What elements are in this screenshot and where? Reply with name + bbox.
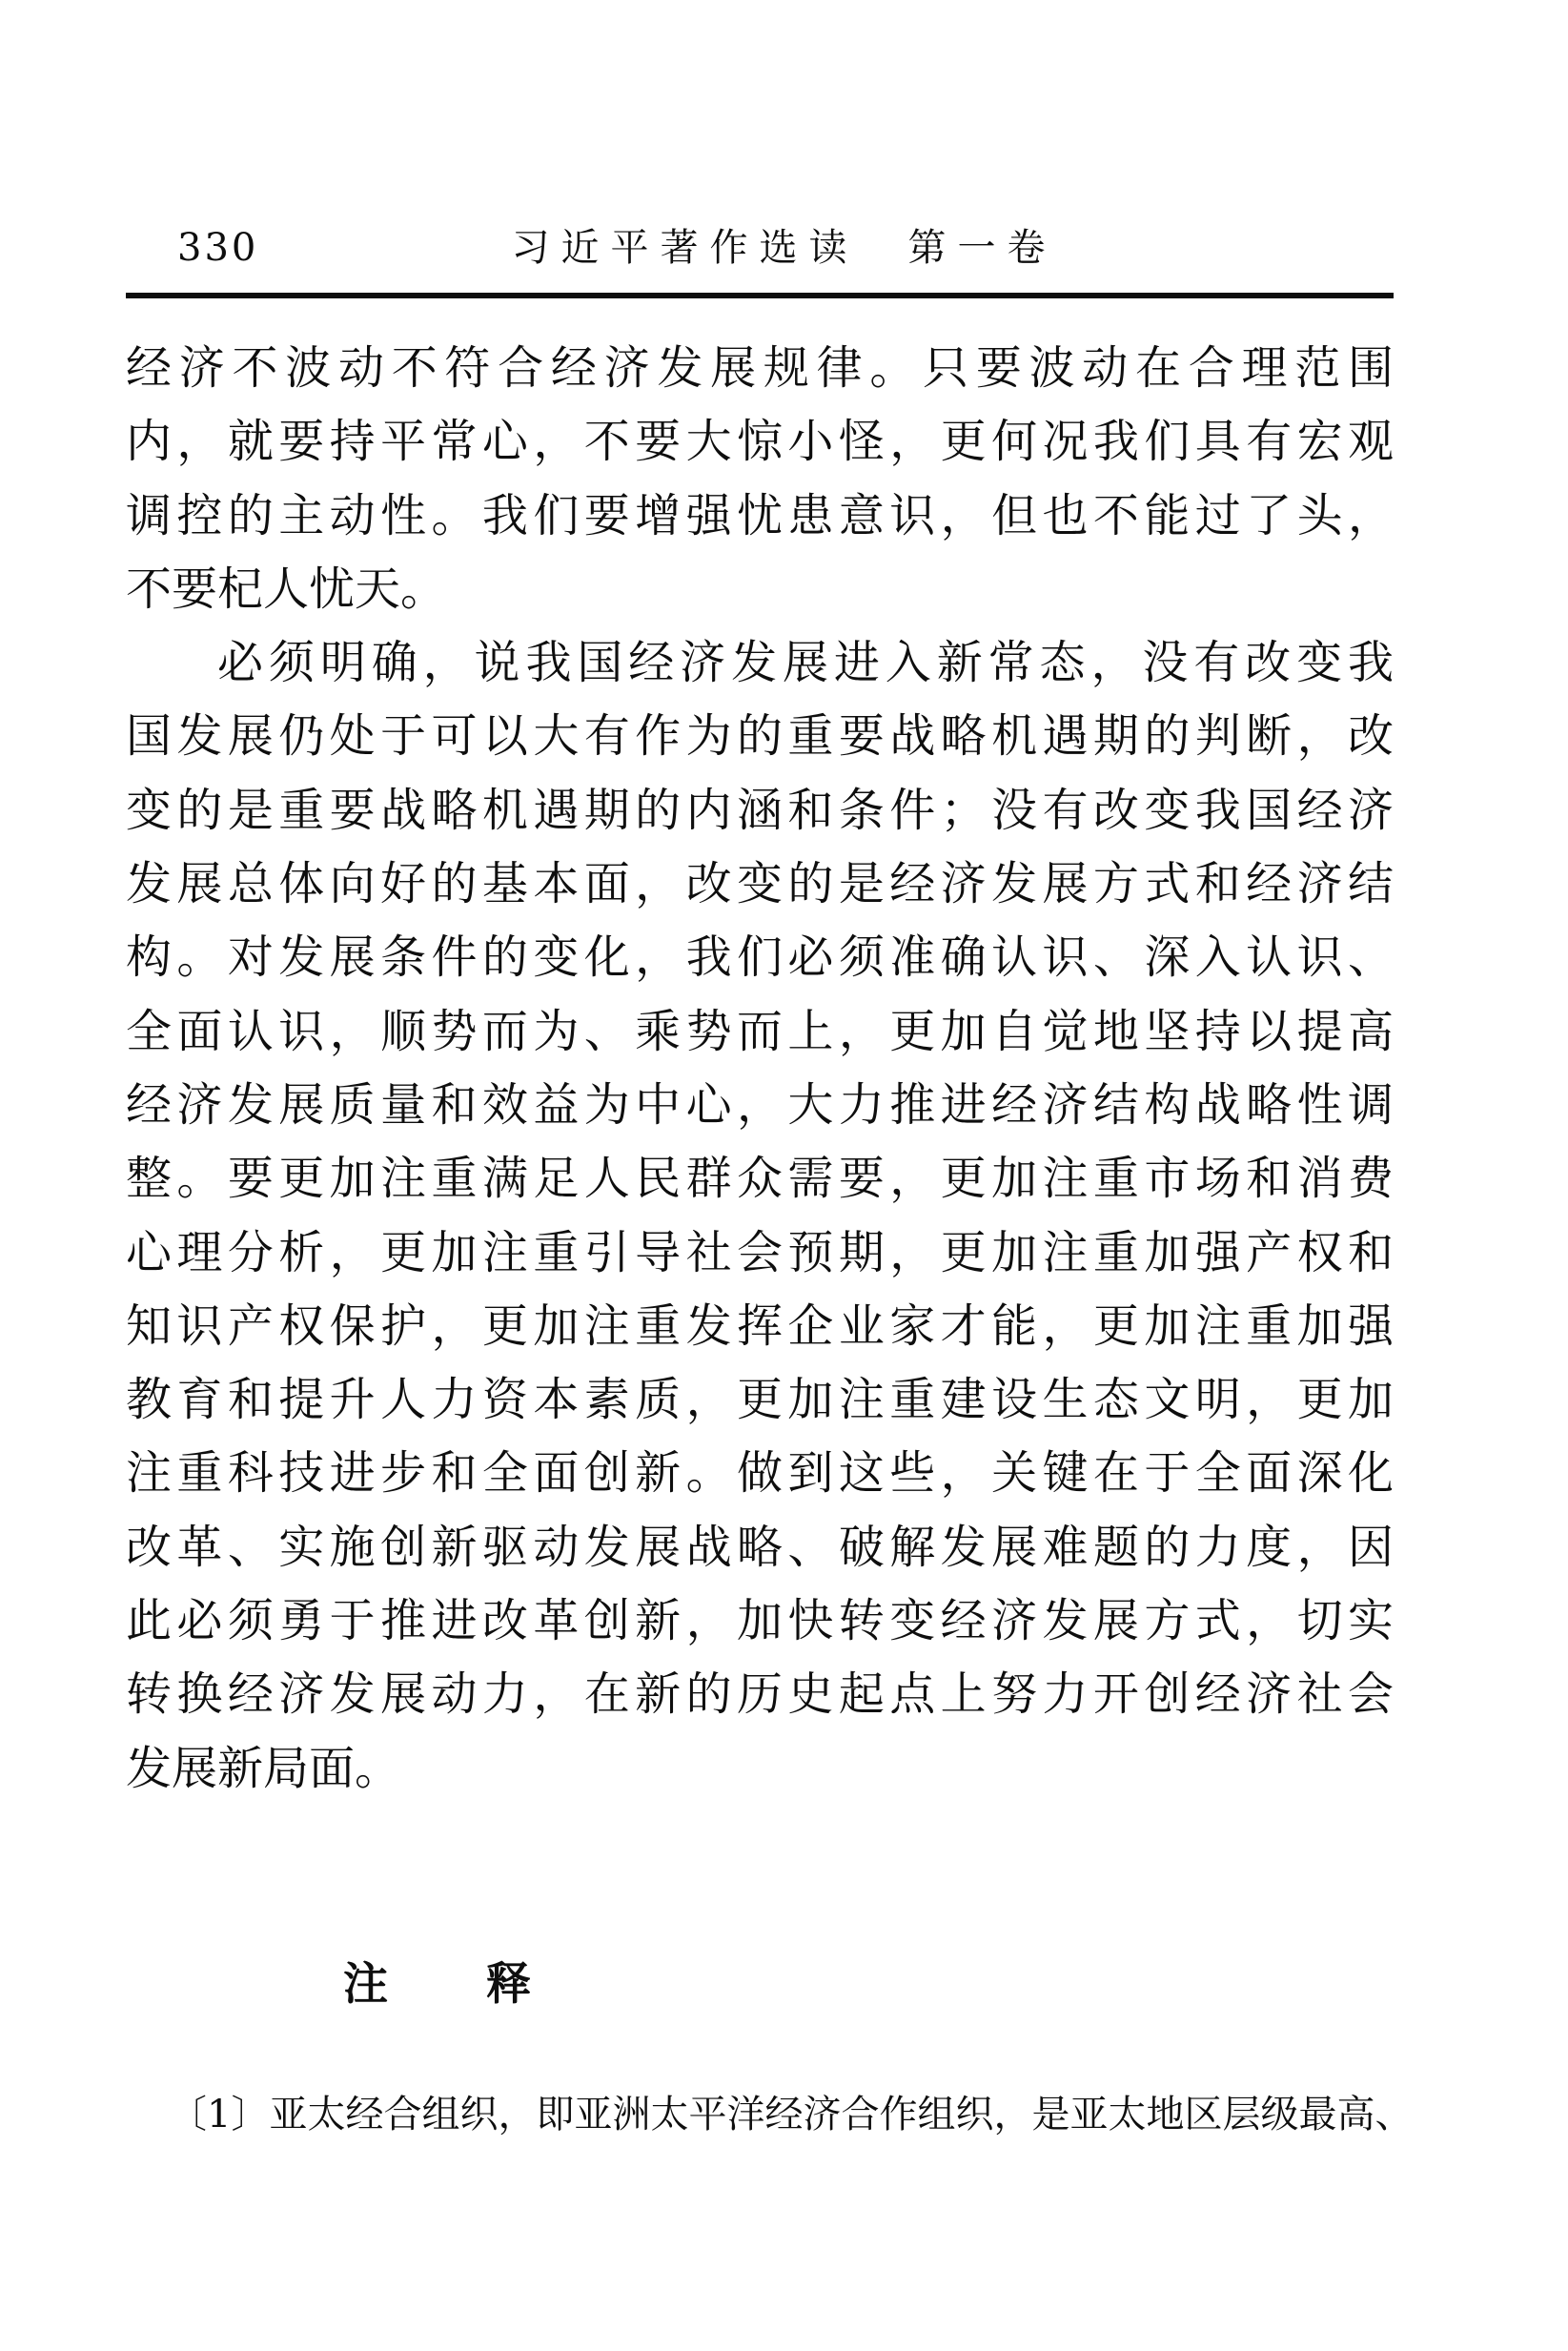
body-line: 必须明确，说我国经济发展进入新常态，没有改变我 bbox=[126, 626, 1394, 700]
footnote-line: 〔1〕亚太经合组织，即亚洲太平洋经济合作组织，是亚太地区层级最高、 bbox=[169, 2090, 1394, 2139]
body-line: 构。对发展条件的变化，我们必须准确认识、深入认识、 bbox=[126, 921, 1394, 994]
body-line: 注重科技进步和全面创新。做到这些，关键在于全面深化 bbox=[126, 1437, 1394, 1510]
book-page: 330 习近平著作选读 第一卷 经济不波动不符合经济发展规律。只要波动在合理范围… bbox=[0, 0, 1568, 2351]
body-line: 整。要更加注重满足人民群众需要，更加注重市场和消费 bbox=[126, 1142, 1394, 1216]
body-line: 经济发展质量和效益为中心，大力推进经济结构战略性调 bbox=[126, 1069, 1394, 1142]
body-line: 心理分析，更加注重引导社会预期，更加注重加强产权和 bbox=[126, 1216, 1394, 1290]
body-line: 经济不波动不符合经济发展规律。只要波动在合理范围 bbox=[126, 332, 1394, 405]
notes-section-heading: 注 释 bbox=[343, 1958, 558, 2012]
body-line: 知识产权保护，更加注重发挥企业家才能，更加注重加强 bbox=[126, 1290, 1394, 1363]
running-title: 习近平著作选读 第一卷 bbox=[0, 225, 1568, 271]
body-line: 发展新局面。 bbox=[126, 1732, 1394, 1806]
body-line: 全面认识，顺势而为、乘势而上，更加自觉地坚持以提高 bbox=[126, 995, 1394, 1069]
body-line: 教育和提升人力资本素质，更加注重建设生态文明，更加 bbox=[126, 1363, 1394, 1437]
body-line: 转换经济发展动力，在新的历史起点上努力开创经济社会 bbox=[126, 1658, 1394, 1731]
body-line: 内，就要持平常心，不要大惊小怪，更何况我们具有宏观 bbox=[126, 405, 1394, 479]
body-line: 改革、实施创新驱动发展战略、破解发展难题的力度，因 bbox=[126, 1511, 1394, 1584]
header-rule bbox=[126, 293, 1394, 298]
body-line: 不要杞人忧天。 bbox=[126, 553, 1394, 626]
body-text: 经济不波动不符合经济发展规律。只要波动在合理范围 内，就要持平常心，不要大惊小怪… bbox=[126, 332, 1394, 1806]
body-line: 发展总体向好的基本面，改变的是经济发展方式和经济结 bbox=[126, 848, 1394, 921]
body-line: 变的是重要战略机遇期的内涵和条件；没有改变我国经济 bbox=[126, 774, 1394, 848]
body-line: 国发展仍处于可以大有作为的重要战略机遇期的判断，改 bbox=[126, 700, 1394, 773]
body-line: 调控的主动性。我们要增强忧患意识，但也不能过了头， bbox=[126, 480, 1394, 553]
body-line: 此必须勇于推进改革创新，加快转变经济发展方式，切实 bbox=[126, 1584, 1394, 1658]
